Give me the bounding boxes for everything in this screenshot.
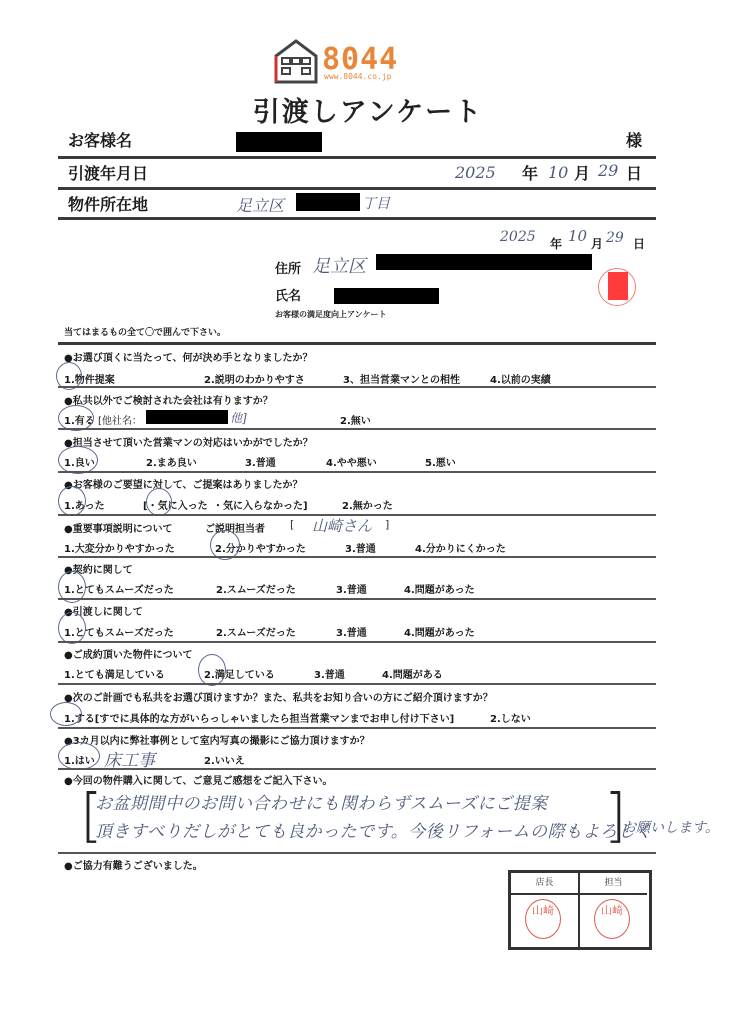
q3-option-5[interactable]: 5.悪い <box>425 454 456 469</box>
manager-label: 店長 <box>511 873 578 895</box>
selection-circle <box>58 446 98 474</box>
question-4: ●お客様のご要望に対して、ご提案はありましたか？ <box>64 476 303 491</box>
comment-line-1: お盆期間中のお問い合わせにも関わらずスムーズにご提案 <box>95 789 548 814</box>
logo-house-icon <box>272 38 320 84</box>
customer-suffix: 様 <box>626 128 642 151</box>
staff-seal: 山崎 <box>594 899 630 939</box>
q4-option-2[interactable]: 2.無かった <box>342 497 393 512</box>
stamp-col-staff: 担当 山崎 <box>580 873 647 947</box>
divider <box>58 428 656 430</box>
comment-line-2: 頂きすべりだしがとても良かったです。今後リフォームの際もよろしく <box>95 817 652 842</box>
divider <box>58 156 656 159</box>
year-unit: 年 <box>522 161 538 184</box>
staff-label: 担当 <box>580 873 647 895</box>
selection-circle <box>58 612 86 644</box>
question-8: ●ご成約頂いた物件について <box>64 646 193 661</box>
q9-option-1[interactable]: 1.する[すでに具体的な方がいらっしゃいましたら担当営業マンまでお申し付け下さい… <box>64 710 454 725</box>
q8-option-3[interactable]: 3.普通 <box>314 666 345 681</box>
selection-circle <box>198 654 226 686</box>
respondent-day: 29 <box>606 230 624 246</box>
respondent-year: 2025 <box>500 229 536 245</box>
question-10: ●3カ月以内に弊社事例として室内写真の撮影にご協力頂けますか？ <box>64 732 370 747</box>
manager-seal: 山崎 <box>525 899 561 939</box>
instructions: 当てはまるもの全て〇で囲んで下さい。 <box>64 325 226 338</box>
q6-option-2[interactable]: 2.スムーズだった <box>216 581 296 596</box>
bracket-close: ] <box>385 518 389 531</box>
q1-option-2[interactable]: 2.説明のわかりやすさ <box>204 371 305 386</box>
divider <box>58 556 656 558</box>
address-redacted <box>376 254 592 270</box>
question-1: ●お選び頂くに当たって、何が決め手となりましたか？ <box>64 349 313 364</box>
logo-url: www.8044.co.jp <box>324 72 391 81</box>
property-location-label: 物件所在地 <box>68 192 148 215</box>
divider <box>58 187 656 190</box>
q5-option-1[interactable]: 1.大変分かりやすかった <box>64 540 175 555</box>
q6-option-3[interactable]: 3.普通 <box>336 581 367 596</box>
q6-option-4[interactable]: 4.問題があった <box>404 581 475 596</box>
q10-option-2[interactable]: 2.いいえ <box>204 752 245 767</box>
address-prefix: 足立区 <box>312 252 366 278</box>
survey-subtitle: お客様の満足度向上アンケート <box>275 309 387 320</box>
handover-month: 10 <box>548 163 568 182</box>
question-3: ●担当させて頂いた営業マンの対応はいかがでしたか？ <box>64 434 313 449</box>
month-unit: 月 <box>574 161 590 184</box>
handover-day: 29 <box>598 161 618 180</box>
selection-circle <box>58 742 100 770</box>
q3-option-2[interactable]: 2.まあ良い <box>146 454 197 469</box>
divider <box>58 386 656 388</box>
question-5: ●重要事項説明について <box>64 520 173 535</box>
approval-stamp-box: 店長 山崎 担当 山崎 <box>508 870 652 950</box>
address-label: 住所 <box>275 258 301 277</box>
divider <box>58 598 656 600</box>
question-2: ●私共以外でご検討された会社は有りますか？ <box>64 392 273 407</box>
comment-tail: お願いします。 <box>622 817 719 837</box>
q5-option-3[interactable]: 3.普通 <box>345 540 376 555</box>
q7-option-4[interactable]: 4.問題があった <box>404 624 475 639</box>
page-title: 引渡しアンケート <box>0 90 736 129</box>
thanks-message: ●ご協力有難うございました。 <box>64 857 203 872</box>
divider <box>58 217 656 220</box>
respondent-month: 10 <box>568 227 587 245</box>
name-redacted <box>334 288 439 304</box>
bracket-open: [ <box>290 518 294 531</box>
q2-other-company-label: [他社名： <box>98 412 142 427</box>
q5-staff-label: ご説明担当者 <box>205 520 265 535</box>
q3-option-3[interactable]: 3.普通 <box>245 454 276 469</box>
q8-option-1[interactable]: 1.とても満足している <box>64 666 165 681</box>
handover-year: 2025 <box>455 163 496 182</box>
stamp-col-manager: 店長 山崎 <box>511 873 580 947</box>
q2-other-suffix: 他] <box>230 409 247 426</box>
divider <box>58 641 656 643</box>
q1-option-3[interactable]: 3、担当営業マンとの相性 <box>343 371 460 386</box>
customer-name-redacted <box>236 132 322 152</box>
q4-sub-option-disliked[interactable]: ・気に入らなかった] <box>213 497 308 512</box>
respondent-year-unit: 年 <box>550 235 562 252</box>
divider <box>58 852 656 854</box>
q5-staff-name: 山崎さん <box>312 515 372 536</box>
divider <box>58 683 656 685</box>
q2-option-2[interactable]: 2.無い <box>340 412 371 427</box>
respondent-day-unit: 日 <box>633 235 645 252</box>
selection-circle <box>58 486 86 516</box>
q8-option-4[interactable]: 4.問題がある <box>382 666 443 681</box>
q7-option-2[interactable]: 2.スムーズだった <box>216 624 296 639</box>
respondent-month-unit: 月 <box>591 235 603 252</box>
day-unit: 日 <box>626 161 642 184</box>
location-redacted <box>296 193 360 211</box>
selection-circle <box>146 488 172 516</box>
selection-circle <box>50 702 82 726</box>
personal-seal-redacted <box>608 272 628 300</box>
location-prefix: 足立区 <box>236 193 284 216</box>
name-label: 氏名 <box>275 285 301 304</box>
q3-option-4[interactable]: 4.やや悪い <box>326 454 377 469</box>
divider <box>58 471 656 473</box>
divider <box>58 342 656 345</box>
location-suffix: 丁目 <box>362 193 390 213</box>
customer-name-label: お客様名 <box>68 128 132 151</box>
q1-option-4[interactable]: 4.以前の実績 <box>490 371 551 386</box>
q5-option-4[interactable]: 4.分かりにくかった <box>415 540 506 555</box>
divider <box>58 768 656 770</box>
q9-option-2[interactable]: 2.しない <box>490 710 531 725</box>
other-company-redacted <box>146 410 228 424</box>
divider <box>58 727 656 729</box>
q7-option-3[interactable]: 3.普通 <box>336 624 367 639</box>
question-9: ●次のご計画でも私共をお選び頂けますか？また、私共をお知り合いの方にご紹介頂けま… <box>64 689 493 704</box>
question-11: ●今回の物件購入に関して、ご意見ご感想をご記入下さい。 <box>64 772 333 787</box>
handover-date-label: 引渡年月日 <box>68 161 148 184</box>
